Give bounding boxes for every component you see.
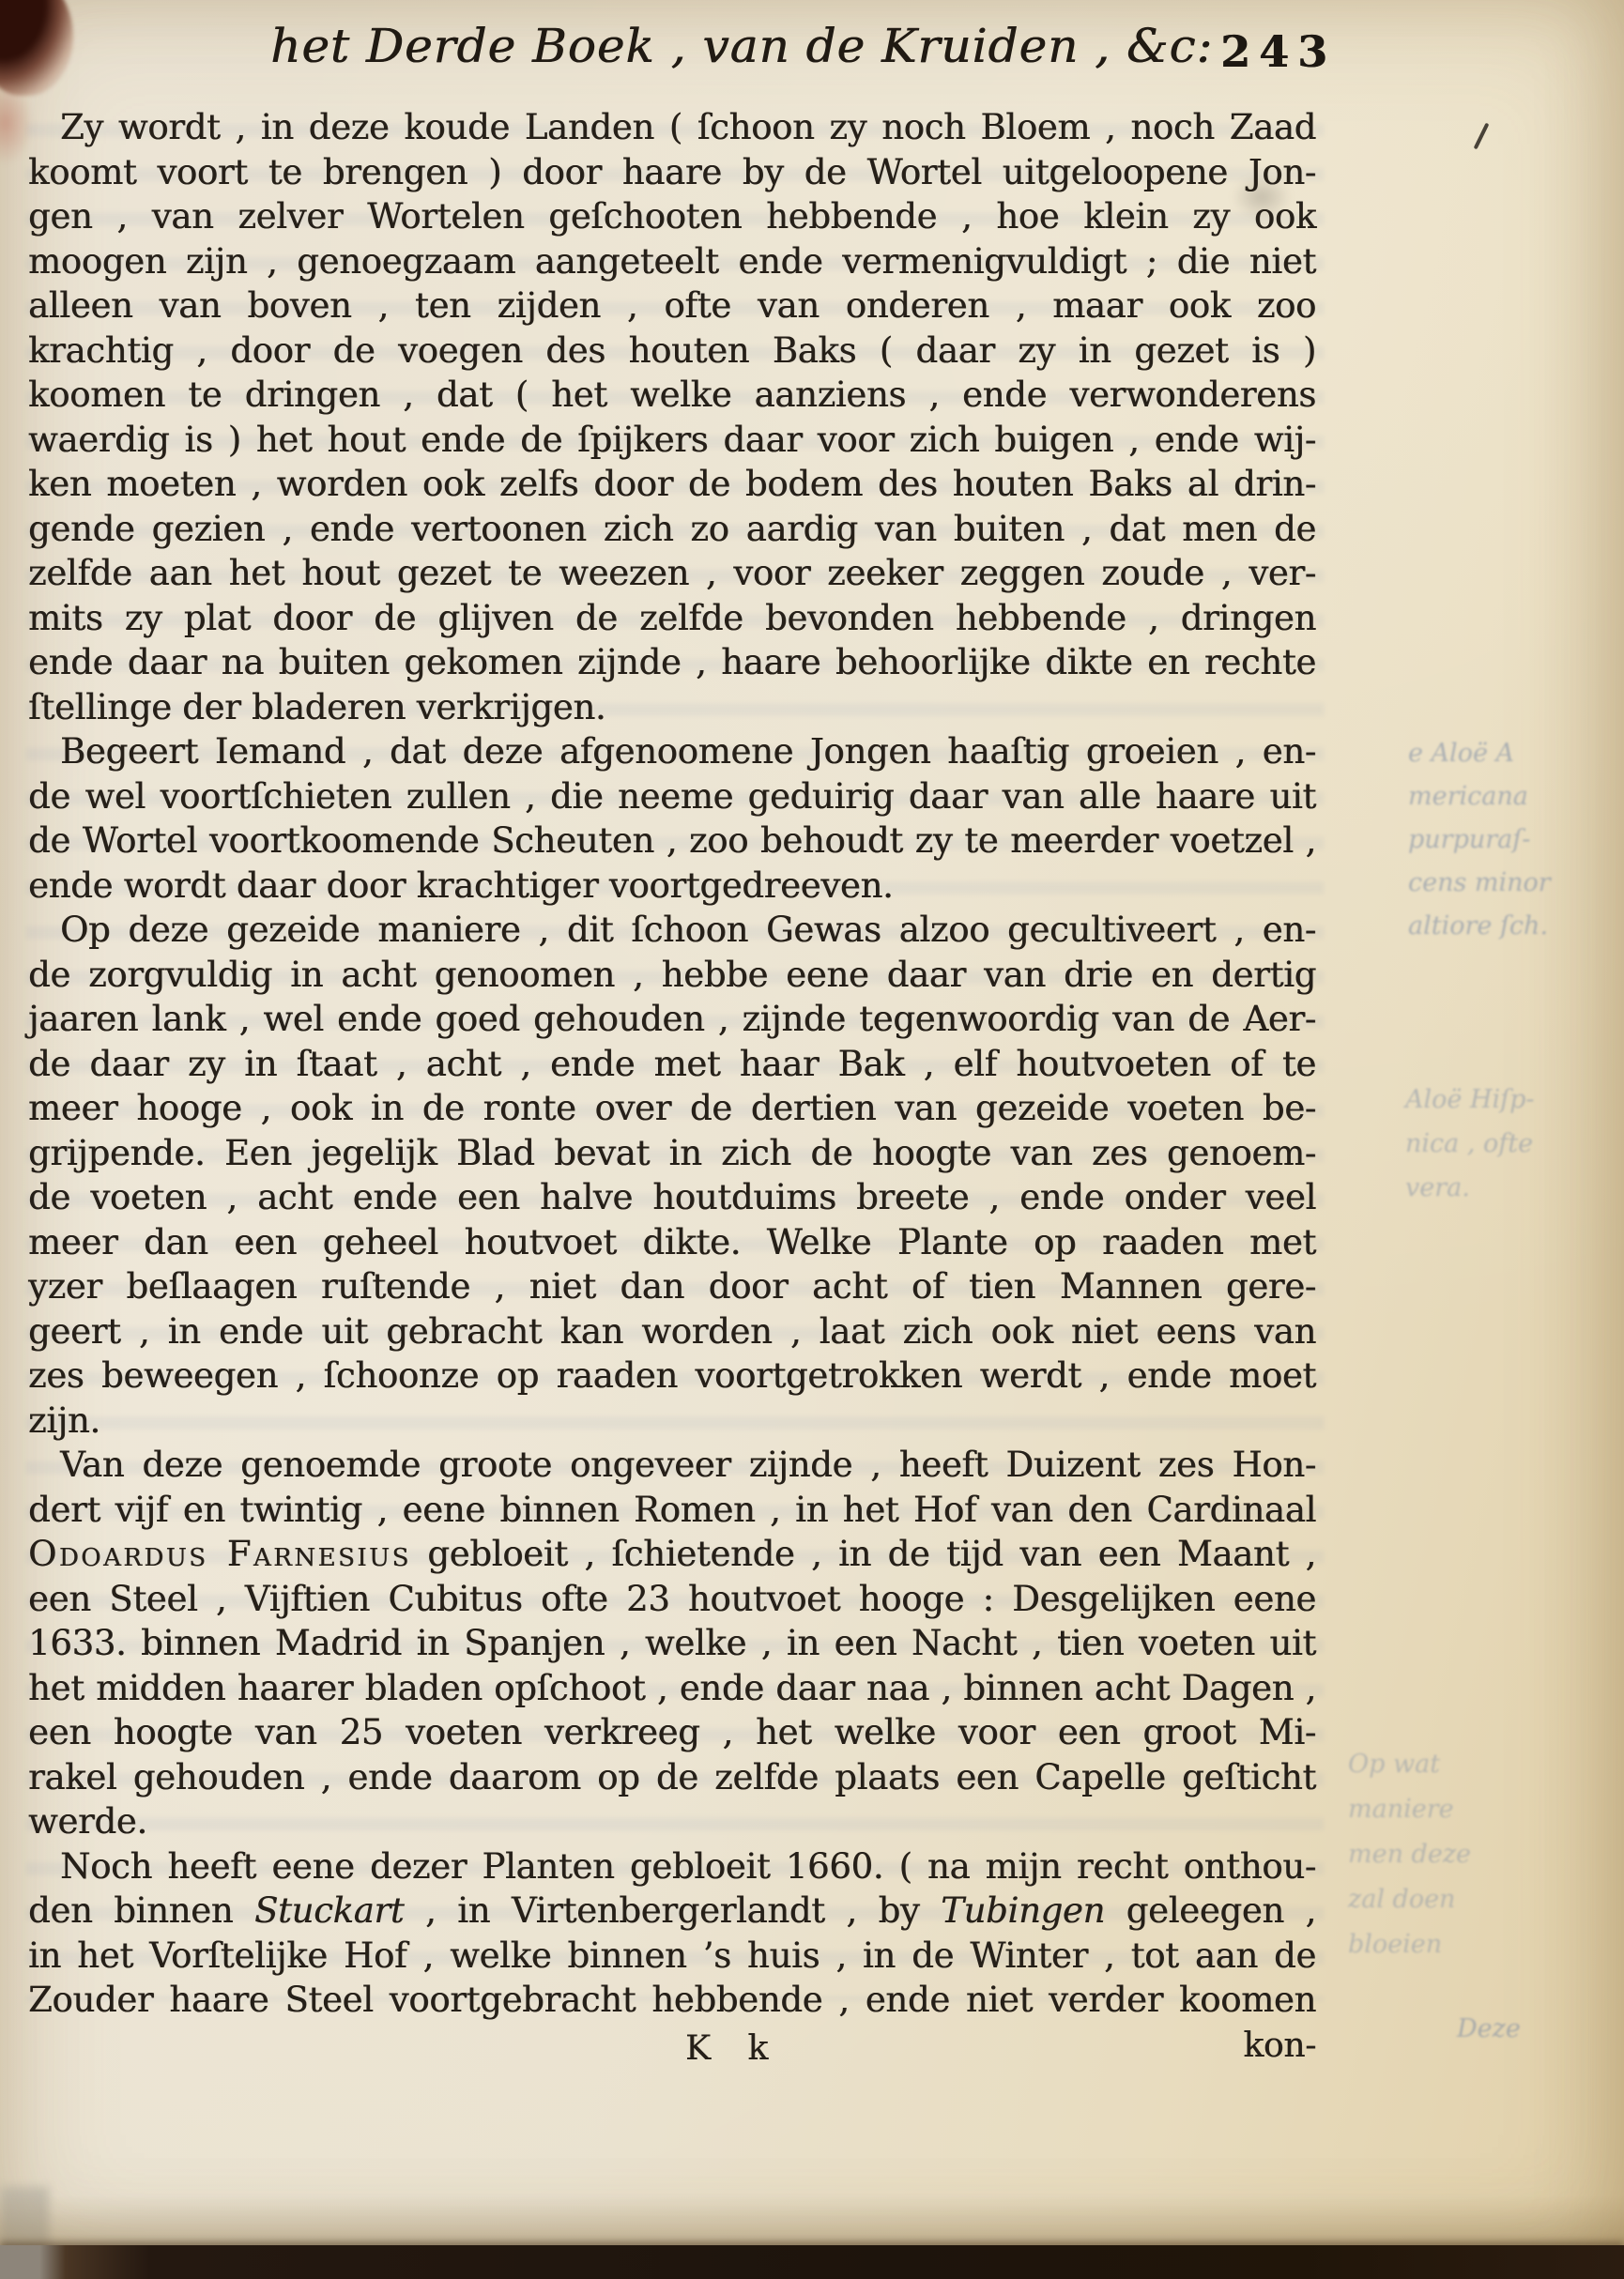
text-line: meer dan een geheel houtvoet dikte. Welk… (28, 1220, 1316, 1265)
margin-note-line: vera. (1405, 1166, 1535, 1210)
text-line: yzer beſlaagen ruſtende , niet dan door … (28, 1264, 1316, 1309)
text-line: het midden haarer bladen opſchoot , ende… (28, 1666, 1316, 1711)
text-block: Zy wordt , in deze koude Landen ( ſchoon… (28, 105, 1316, 2067)
text-line: de zorgvuldig in acht genoomen , hebbe e… (28, 953, 1316, 998)
page-number: 243 (1220, 26, 1336, 77)
text-line: Zouder haare Steel voortgebracht hebbend… (28, 1978, 1316, 2023)
running-header: het Derde Boek , van de Kruiden , &c: (270, 19, 1213, 73)
text-line: koomt voort te brengen ) door haare by d… (28, 150, 1316, 195)
page-bottom-edge (0, 2245, 1624, 2279)
text-line: 1633. binnen Madrid in Spanjen , welke ,… (28, 1621, 1316, 1666)
text-line: Op deze gezeide maniere , dit ſchoon Gew… (28, 908, 1316, 953)
margin-note-line: maniere (1348, 1787, 1471, 1832)
margin-note-line: e Aloë A (1408, 732, 1551, 775)
text-line: rakel gehouden , ende daarom op de zelfd… (28, 1755, 1316, 1800)
margin-note-line: zal doen (1348, 1877, 1471, 1922)
text-line: de daar zy in ſtaat , acht , ende met ha… (28, 1042, 1316, 1087)
text-line: ende wordt daar door krachtiger voortged… (28, 864, 1316, 909)
text-line: de voeten , acht ende een halve houtduim… (28, 1175, 1316, 1220)
text-line: Begeert Iemand , dat deze afgenoomene Jo… (28, 729, 1316, 774)
margin-note-line: nica , ofte (1405, 1122, 1535, 1166)
text-line: ende daar na buiten gekomen zijnde , haa… (28, 640, 1316, 685)
text-line: Noch heeft eene dezer Planten gebloeit 1… (28, 1844, 1316, 1889)
text-line: waerdig is ) het hout ende de ſpijkers d… (28, 418, 1316, 463)
text-line: jaaren lank , wel ende goed gehouden , z… (28, 997, 1316, 1042)
text-line: ſtellinge der bladeren verkrijgen. (28, 685, 1316, 730)
text-line: de wel voortſchieten zullen , die neeme … (28, 774, 1316, 819)
margin-note-line: mericana (1408, 775, 1551, 818)
text-segment: gebloeit , ſchietende , in de tijd van e… (411, 1534, 1316, 1574)
margin-note-ghost: e Aloë A mericana purpuraſ- cens minor a… (1408, 732, 1551, 948)
small-caps-name: Odoardus Farnesius (28, 1534, 411, 1574)
text-line: dert vijf en twintig , eene binnen Romen… (28, 1488, 1316, 1533)
text-line: Van deze genoemde groote ongeveer zijnde… (28, 1443, 1316, 1488)
ghost-word: Deze (1457, 2014, 1521, 2043)
text-line: krachtig , door de voegen des houten Bak… (28, 329, 1316, 374)
margin-note-line: men deze (1348, 1832, 1471, 1877)
text-line: moogen zijn , genoegzaam aangeteelt ende… (28, 239, 1316, 284)
text-segment: den binnen (28, 1890, 254, 1931)
text-line: gen , van zelver Wortelen geſchooten heb… (28, 194, 1316, 239)
text-line: een hoogte van 25 voeten verkreeg , het … (28, 1710, 1316, 1755)
text-line: ken moeten , worden ook zelfs door de bo… (28, 462, 1316, 507)
text-line: Odoardus Farnesius gebloeit , ſchietende… (28, 1532, 1316, 1577)
gathering-signature: K k (685, 2027, 781, 2072)
text-line: geert , in ende uit gebracht kan worden … (28, 1309, 1316, 1354)
text-line: gende gezien , ende vertoonen zich zo aa… (28, 507, 1316, 552)
ink-mark (1474, 123, 1490, 150)
margin-note-line: purpuraſ- (1408, 818, 1551, 862)
text-segment: , in Virtenbergerlandt , by (404, 1890, 941, 1931)
text-line: een Steel , Vijftien Cubitus ofte 23 hou… (28, 1577, 1316, 1622)
text-line: mits zy plat door de glijven de zelfde b… (28, 596, 1316, 641)
text-line: zelfde aan het hout gezet te weezen , vo… (28, 551, 1316, 596)
text-line: koomen te dringen , dat ( het welke aanz… (28, 373, 1316, 418)
text-line: meer hooge , ook in de ronte over de der… (28, 1086, 1316, 1131)
text-line: alleen van boven , ten zijden , ofte van… (28, 283, 1316, 329)
text-line: werde. (28, 1799, 1316, 1844)
text-line: Zy wordt , in deze koude Landen ( ſchoon… (28, 105, 1316, 150)
margin-note-ghost: Aloë Hiſp- nica , ofte vera. (1405, 1078, 1535, 1210)
book-page: het Derde Boek , van de Kruiden , &c: 24… (0, 0, 1624, 2279)
text-line: den binnen Stuckart , in Virtenbergerlan… (28, 1889, 1316, 1934)
signature-row: K k kon- (28, 2023, 1316, 2068)
margin-note-ghost: Op wat maniere men deze zal doen bloeien (1348, 1742, 1471, 1967)
margin-note-line: Op wat (1348, 1742, 1471, 1787)
text-line: grijpende. Een jegelijk Blad bevat in zi… (28, 1131, 1316, 1176)
bottom-edge-shadow (0, 2195, 1624, 2247)
italic-place-name: Tubingen (941, 1890, 1105, 1931)
margin-note-line: Aloë Hiſp- (1405, 1078, 1535, 1122)
text-line: in het Vorſtelijke Hof , welke binnen ’s… (28, 1934, 1316, 1979)
italic-place-name: Stuckart (254, 1890, 404, 1931)
text-line: de Wortel voortkoomende Scheuten , zoo b… (28, 818, 1316, 864)
margin-note-line: altiore ſch. (1408, 905, 1551, 948)
catchword: kon- (1243, 2027, 1316, 2065)
text-line: zijn. (28, 1399, 1316, 1444)
text-segment: geleegen , (1105, 1890, 1316, 1931)
margin-note-line: bloeien (1348, 1922, 1471, 1967)
text-line: zes beweegen , ſchoonze op raaden voortg… (28, 1354, 1316, 1399)
margin-note-line: cens minor (1408, 862, 1551, 905)
